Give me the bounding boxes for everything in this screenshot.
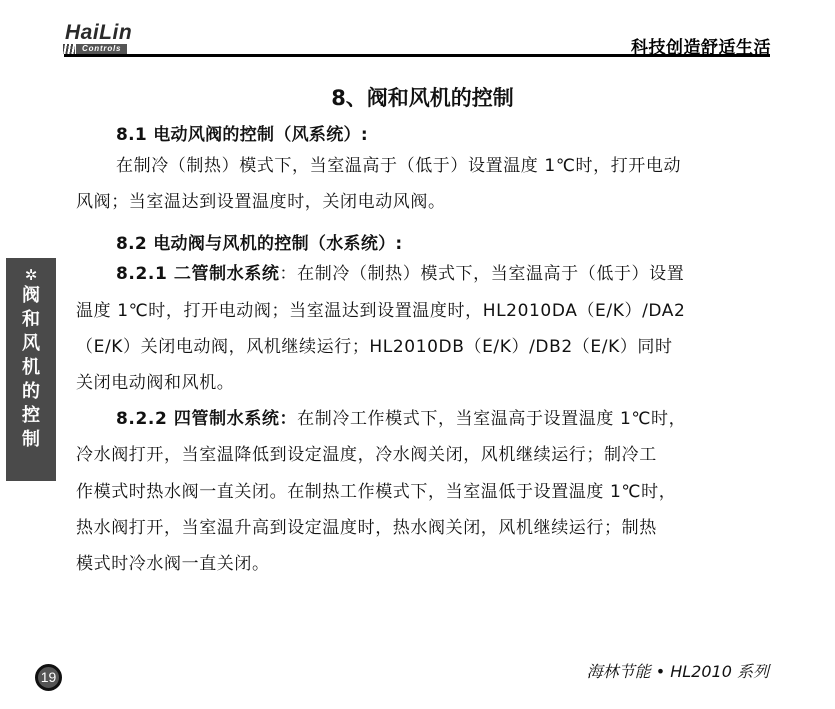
section-8-2-1-line-2: 温度 1℃时，打开电动阀；当室温达到设置温度时，HL2010DA（E/K）/DA… [76, 293, 772, 329]
section-8-2-2-line-4: 热水阀打开，当室温升高到设定温度时，热水阀关闭，风机继续运行；制热 [76, 510, 772, 546]
section-8-2-1-line-1: 8.2.1 二管制水系统：在制冷（制热）模式下，当室温高于（低于）设置 [76, 256, 772, 292]
header-divider [64, 54, 770, 57]
logo-stripes-icon [63, 44, 75, 54]
section-heading-8-1: 8.1 电动风阀的控制（风系统）: [116, 120, 368, 145]
section-8-2-2-line-3: 作模式时热水阀一直关闭。在制热工作模式下，当室温低于设置温度 1℃时， [76, 474, 772, 510]
subsection-label-8-2-2: 8.2.2 四管制水系统 [116, 409, 280, 429]
tab-char: 机 [22, 356, 40, 380]
chapter-side-tab: ✲ 阀 和 风 机 的 控 制 [6, 258, 56, 481]
subsection-label-8-2-1: 8.2.1 二管制水系统 [116, 264, 280, 284]
gear-icon: ✲ [25, 266, 38, 284]
footer-series-text: 海林节能 • HL2010 系列 [587, 659, 769, 682]
section-heading-8-2: 8.2 电动阀与风机的控制（水系统）: [116, 229, 403, 254]
section-8-2-2-line-5: 模式时冷水阀一直关闭。 [76, 546, 772, 582]
logo-subline: Controls [63, 44, 141, 54]
logo-wordmark: HaiLin [65, 22, 132, 44]
page-number-badge: 19 [35, 664, 62, 691]
page-title: 8、阀和风机的控制 [0, 82, 835, 112]
tab-char: 和 [22, 308, 40, 332]
label-colon: ： [280, 409, 298, 429]
brand-logo: HaiLin Controls [63, 22, 145, 58]
section-8-2-2-line-2: 冷水阀打开，当室温降低到设定温度，冷水阀关闭，风机继续运行；制冷工 [76, 437, 772, 473]
section-8-2-2-line-1: 8.2.2 四管制水系统：在制冷工作模式下，当室温高于设置温度 1℃时， [76, 401, 772, 437]
tab-char: 风 [22, 332, 40, 356]
section-8-1-line-1: 在制冷（制热）模式下，当室温高于（低于）设置温度 1℃时，打开电动 [76, 148, 772, 184]
section-8-2-1-line-3: （E/K）关闭电动阀，风机继续运行；HL2010DB（E/K）/DB2（E/K）… [76, 329, 772, 365]
tab-char: 制 [22, 428, 40, 452]
logo-subtext: Controls [76, 44, 127, 54]
section-8-1-line-2: 风阀；当室温达到设置温度时，关闭电动风阀。 [76, 184, 772, 220]
section-8-2-1-line-4: 关闭电动阀和风机。 [76, 365, 772, 401]
line-text: 在制冷（制热）模式下，当室温高于（低于）设置 [297, 264, 684, 284]
tab-char: 阀 [22, 284, 40, 308]
tab-char: 控 [22, 404, 40, 428]
label-colon: ： [280, 264, 298, 284]
tab-char: 的 [22, 380, 40, 404]
line-text: 在制冷工作模式下，当室温高于设置温度 1℃时， [297, 409, 686, 429]
